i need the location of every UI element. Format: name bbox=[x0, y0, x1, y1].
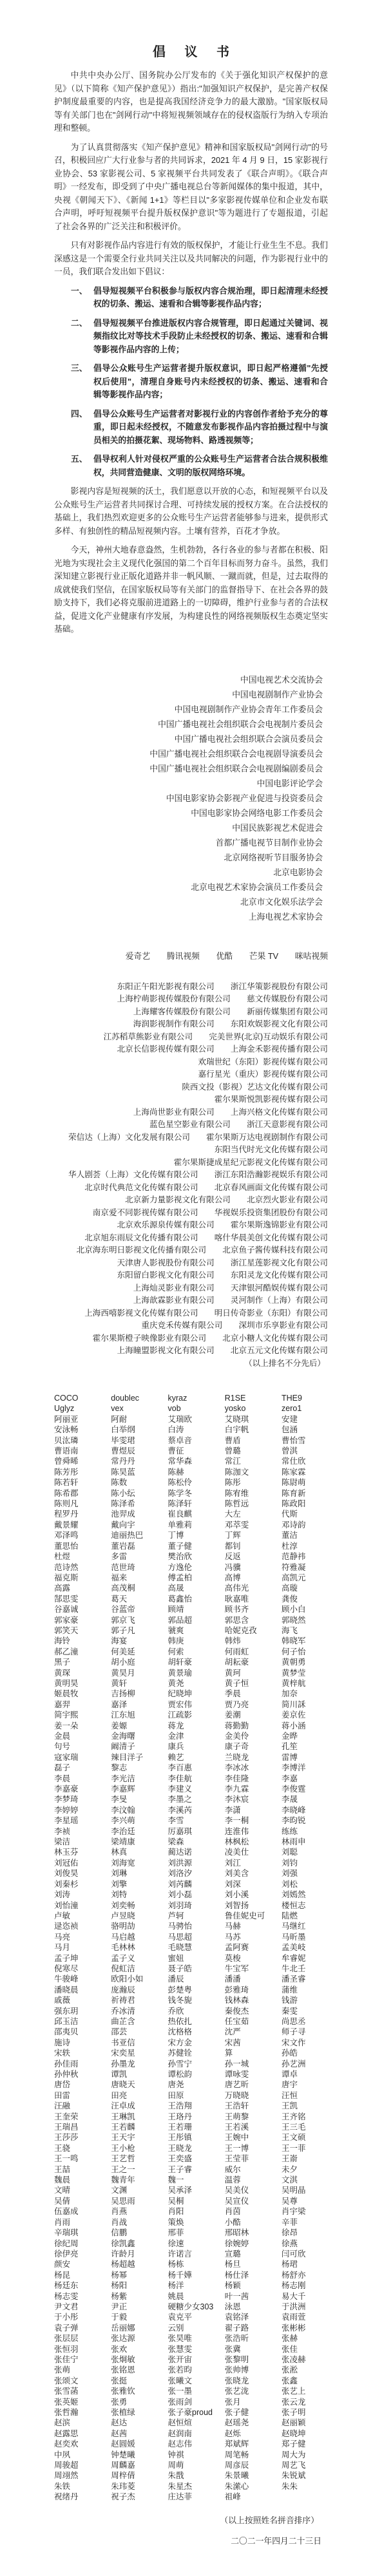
signatory-name: 陈家霖 bbox=[282, 1467, 328, 1477]
signatory-name: 蒲维 bbox=[282, 1985, 328, 1995]
document-date: 二〇二一年四月二十三日 bbox=[54, 2535, 328, 2548]
signatory-name: 朱星杰 bbox=[168, 2481, 215, 2492]
signatory-name: 宋茜 bbox=[225, 2038, 271, 2048]
signatory-name: 肖战 bbox=[111, 2217, 157, 2228]
signatory-name: 顾小白 bbox=[282, 1604, 328, 1615]
signatory-name: 谭凯 bbox=[111, 2069, 157, 2079]
signatory-name: 常华森 bbox=[168, 1456, 215, 1466]
signatory-name: 王子睿 bbox=[168, 2164, 215, 2175]
signatory-name: 乔欣 bbox=[168, 2006, 215, 2016]
signatory-name: 鲁佳妮史可 bbox=[225, 1911, 271, 1921]
signatory-name: 孙雪宁 bbox=[168, 2059, 215, 2069]
signatory-name: 王一鸣 bbox=[54, 2154, 100, 2164]
proposal-item: 五、倡导权利人针对侵权严重的公众账号生产运营者合法合规积极维权，共同营造健康、文… bbox=[54, 453, 328, 479]
signatory-name: 江东旭 bbox=[111, 1710, 157, 1720]
signatory-name: 张子明 bbox=[282, 2407, 328, 2418]
signatory-name: 尚思丞 bbox=[282, 2016, 328, 2027]
signatory-name: 黎志 bbox=[111, 1763, 157, 1773]
signatory-name: 文晴 bbox=[54, 2185, 100, 2195]
signatory-name: 黄梦莹 bbox=[282, 1668, 328, 1678]
signatory-name: 肖燕 bbox=[111, 2206, 157, 2217]
signatory-name: 王珞丹 bbox=[168, 2112, 215, 2122]
signatory-name: 王一菲 bbox=[282, 2143, 328, 2154]
signatory-name: 倪虹洁 bbox=[111, 1964, 157, 1974]
signatory-name: 曹盾 bbox=[225, 1435, 271, 1446]
signatory-name: 田亮 bbox=[111, 2090, 157, 2101]
signatory-name: 张达源 bbox=[111, 2333, 157, 2344]
signatory-name: 万晓晓 bbox=[225, 2090, 271, 2101]
signatory-name: 吉扬柳 bbox=[111, 1689, 157, 1699]
signatory-name: 张开宙 bbox=[168, 2354, 215, 2365]
proposal-text: 倡导短视频平台积极参与版权内容合规治理，即日起清理未经授权的切条、搬运、速看和合… bbox=[93, 285, 328, 311]
signatory-name: 张若昀 bbox=[168, 2365, 215, 2375]
signatory-name: 陈泽希 bbox=[111, 1499, 157, 1509]
signatory-name: 魏晨 bbox=[54, 2175, 100, 2185]
signatory-name: 马昕墨 bbox=[282, 1932, 328, 1942]
company-row: 嘉行星光（重庆）影视传媒有限公司 bbox=[54, 1068, 328, 1081]
signatory-name: 书亚信 bbox=[111, 2038, 157, 2048]
signatory-name: 李旻 bbox=[111, 1794, 157, 1804]
signatory-name: 李治廷 bbox=[111, 1826, 157, 1837]
signatory-name: 赵奕欢 bbox=[54, 2439, 100, 2449]
signatory-name: 高凯元 bbox=[282, 1573, 328, 1583]
signatory-name: 周彦辰 bbox=[225, 2460, 271, 2470]
signatory-name: 汪恒 bbox=[282, 2090, 328, 2101]
signatory-name: 王彤镇 bbox=[168, 2132, 215, 2143]
signatory-name: THE9 bbox=[282, 1393, 328, 1403]
signatory-name: 朱景曦 bbox=[225, 2470, 271, 2481]
association-item: 中国电影评论学会 bbox=[54, 776, 323, 791]
signatory-name: kyraz bbox=[168, 1393, 215, 1403]
signatory-name: 钱林森 bbox=[225, 1995, 271, 2005]
signatory-name: 王嵛 bbox=[282, 2154, 328, 2164]
signatory-name: 黄明昊 bbox=[54, 1678, 100, 1689]
association-item: 中国广播电视社会组织联合会电视剧编剧委员会 bbox=[54, 761, 323, 776]
company-row: 上海瞳盟影视文化有限公司 北京五元文化传媒有限公司 bbox=[54, 1345, 328, 1358]
signatory-name: 曲芷含 bbox=[111, 2016, 157, 2027]
signatory-name: 寇家瑞 bbox=[54, 1752, 100, 1763]
signatory-name: 张雅钦 bbox=[111, 2386, 157, 2396]
signatory-name: 陈芳彤 bbox=[54, 1467, 100, 1477]
signatory-name: 张赫 bbox=[282, 2333, 328, 2344]
signatory-name: 郭思含 bbox=[225, 1615, 271, 1625]
signatory-name: 周艺飞 bbox=[282, 2460, 328, 2470]
signatory-name: 方逸伦 bbox=[168, 1562, 215, 1573]
signatory-name: 辛菲 bbox=[282, 2217, 328, 2228]
signatory-name: 祖峰 bbox=[225, 2492, 271, 2502]
signatory-name: 阿丽亚 bbox=[54, 1414, 100, 1425]
signatory-name: 丁辉 bbox=[225, 1530, 271, 1540]
signatory-name: 张鑫 bbox=[282, 2376, 328, 2386]
signatory-name: 邓泽鸣 bbox=[54, 1530, 100, 1540]
proposal-text: 倡导公众账号生产运营者提升版权意识，即日起严格遵循"先授权后使用"，清理自身账号… bbox=[93, 362, 328, 402]
signatory-name: 陈学冬 bbox=[168, 1488, 215, 1499]
body-paragraph: 今天，神州大地春意盎然，生机勃勃，各行各业的参与者都在积极、阳光地为实现社会主义… bbox=[54, 544, 328, 636]
signatory-name: 师子寻 bbox=[282, 2027, 328, 2037]
signatory-name: 姜嫄 bbox=[111, 1721, 157, 1731]
company-signatories: 东阳正午阳光影视有限公司 浙江华策影视股份有限公司上海柠萌影视传媒股份有限公司 … bbox=[54, 981, 328, 1358]
signatory-name: 牟睿妮 bbox=[282, 1953, 328, 1964]
signatory-name: 张浩昕 bbox=[225, 2333, 271, 2344]
signatory-name: 韩晓军 bbox=[282, 1636, 328, 1646]
signatory-name: 王喆 bbox=[54, 2164, 100, 2175]
signatory-name: 顾书齐 bbox=[225, 1604, 271, 1615]
signatory-name: 肖茵 bbox=[225, 2206, 271, 2217]
signatory-name: 庞瀚辰 bbox=[111, 1985, 157, 1995]
signatory-name: 钟楚曦 bbox=[111, 2450, 157, 2460]
signatory-name: 王莎莎 bbox=[54, 2132, 100, 2143]
signatory-name: 李冰冰 bbox=[225, 1763, 271, 1773]
signatory-name: 兰晓龙 bbox=[225, 1752, 271, 1763]
signatory-name: 刘海宽 bbox=[111, 1858, 157, 1868]
signatory-name: 朱潆心 bbox=[225, 2481, 271, 2492]
signatory-name: 张勇 bbox=[111, 2397, 157, 2407]
signatory-name: 张铭恩 bbox=[111, 2365, 157, 2375]
signatory-name: 徐伊亮 bbox=[54, 2249, 100, 2259]
signatory-name: 肖阳 bbox=[168, 2206, 215, 2217]
signatory-name: 李嘉辉 bbox=[111, 1784, 157, 1794]
association-item: 中国广播电视社会组织联合会电视剧导演委员会 bbox=[54, 746, 323, 761]
signatory-name: 王三毛 bbox=[282, 2122, 328, 2132]
signatory-name: 反返 bbox=[225, 1551, 271, 1562]
company-row: 南京爱不同影视传媒有限公司 华视娱乐投资集团股份有限公司 bbox=[54, 1207, 328, 1220]
signatory-name: 李博洋 bbox=[282, 1763, 328, 1773]
signatory-name: 孙一城 bbox=[225, 2059, 271, 2069]
signatory-name: 汪卓成 bbox=[111, 2101, 157, 2111]
signatory-name: 魏青年 bbox=[111, 2175, 157, 2185]
company-row: 欢瑞世纪（东阳）影视传媒有限公司 bbox=[54, 1056, 328, 1069]
signatory-name: 张凌赫 bbox=[282, 2354, 328, 2365]
signatory-name: 高伟光 bbox=[225, 1583, 271, 1593]
signatory-name: 林雨申 bbox=[282, 1837, 328, 1847]
signatory-name: 牛北壬 bbox=[282, 1964, 328, 1974]
signatory-name: 董岩磊 bbox=[111, 1541, 157, 1551]
signatory-name: 姜京佐 bbox=[282, 1710, 328, 1720]
signatory-name: 刘俊昊 bbox=[54, 1868, 100, 1879]
signatory-name: 王晓龙 bbox=[168, 2143, 215, 2154]
signatory-name: 李婷婷 bbox=[54, 1805, 100, 1815]
signatory-name: 赵圆媛 bbox=[111, 2439, 157, 2449]
signatory-name: 赵滨 bbox=[54, 2418, 100, 2428]
signatory-name: 顾靖 bbox=[168, 1604, 215, 1615]
body-paragraph: 影视内容是短视频的沃土，我们愿意以开放的心态，和短视频平台以及公众账号生产运营者… bbox=[54, 485, 328, 538]
signatory-name: 迪丽热巴 bbox=[111, 1530, 157, 1540]
signatory-name: 李晓峰 bbox=[282, 1805, 328, 1815]
signatory-name: 张昊唯 bbox=[168, 2333, 215, 2344]
signatory-name: 唐艺昕 bbox=[225, 2079, 271, 2090]
signatory-name: 中夙 bbox=[54, 2450, 100, 2460]
company-row: 蓝色星空影业有限公司 浙江天意影视有限公司 bbox=[54, 1119, 328, 1132]
signatory-name: 骆明劼 bbox=[111, 1921, 157, 1931]
signatory-name: 金晨 bbox=[54, 1731, 100, 1741]
proposal-text: 倡导短视频平台推进版权内容合规管理，即日起通过关键词、视频指纹比对等技术手段防止… bbox=[93, 317, 328, 357]
association-item: 北京电影协会 bbox=[54, 865, 323, 880]
signatory-name: 祝子杰 bbox=[111, 2492, 157, 2502]
signatory-name: 海飞 bbox=[282, 1625, 328, 1636]
signatory-name: 潘晓晨 bbox=[54, 1985, 100, 1995]
signatory-name: 于洪洲 bbox=[282, 2302, 328, 2312]
signatory-name: 张艺上 bbox=[282, 2386, 328, 2396]
signatory-name: 张欢 bbox=[111, 2344, 157, 2354]
signatory-name: 李百惠 bbox=[168, 1763, 215, 1773]
signatory-name: 韩庚 bbox=[168, 1636, 215, 1646]
signatory-name: 袁子弹 bbox=[54, 2323, 100, 2333]
signatory-name: 海宴 bbox=[111, 1636, 157, 1646]
signatory-name: 姜一朵 bbox=[54, 1721, 100, 1731]
signatory-name: 范世琦 bbox=[111, 1562, 157, 1573]
signatory-name: 肖雨 bbox=[54, 2217, 100, 2228]
signatory-name: 金晔 bbox=[282, 1731, 328, 1741]
signatory-name: 小酷 bbox=[225, 2217, 271, 2228]
signatory-name: 杨昆 bbox=[54, 2270, 100, 2280]
signatory-name: 信鹏 bbox=[111, 2228, 157, 2238]
signatory-name: 周萌 bbox=[168, 2460, 215, 2470]
signatory-name: 王小枪 bbox=[111, 2143, 157, 2154]
signatory-name: 何美延 bbox=[111, 1647, 157, 1657]
signatory-name: 李建义 bbox=[168, 1784, 215, 1794]
signatory-name: 戴景耀 bbox=[54, 1520, 100, 1530]
signatory-name: 钱冬旎 bbox=[168, 1995, 215, 2005]
signatory-name: 冯骥 bbox=[225, 1562, 271, 1573]
signatory-name: 李嘉 bbox=[282, 1774, 328, 1784]
signatory-name: 威尔 bbox=[225, 2164, 271, 2175]
signatory-name: 王奕盛 bbox=[168, 2154, 215, 2164]
signatory-name: 徐速 bbox=[168, 2239, 215, 2249]
signatory-name: 何子怡 bbox=[282, 1647, 328, 1657]
signatory-name: 李墨之 bbox=[168, 1794, 215, 1804]
signatory-name: 黄子恒 bbox=[225, 1678, 271, 1689]
signatory-name: 陈宥维 bbox=[225, 1488, 271, 1499]
signatory-name: 王若珊 bbox=[168, 2122, 215, 2132]
company-row: 北京海东明日影视文化传播有限公司 北京鱼子酱传媒科技有限公司 bbox=[54, 1244, 328, 1257]
signatory-name: 孟美岐 bbox=[282, 1942, 328, 1953]
signatory-name: 龚俊 bbox=[282, 1594, 328, 1604]
company-row: 东阳留白影视文化有限公司 东阳灵龙文化传媒有限公司 bbox=[54, 1269, 328, 1282]
signatory-name: 邵夷贝 bbox=[54, 2027, 100, 2037]
signatory-name: 厉嘉琪 bbox=[168, 1826, 215, 1837]
signatory-name: COCO bbox=[54, 1393, 100, 1403]
signatory-name: 徐燕 bbox=[282, 2239, 328, 2249]
signatory-name: 何雨虹 bbox=[225, 1647, 271, 1657]
signatory-name: 易大千 bbox=[282, 2291, 328, 2302]
signatory-name: 杨颖 bbox=[225, 2280, 271, 2291]
signatory-name: 葛天 bbox=[111, 1594, 157, 1604]
association-item: 中国电视剧制作产业协会青年工作委员会 bbox=[54, 702, 323, 717]
signatory-name: 赵恒煊 bbox=[168, 2418, 215, 2428]
body-paragraph: 只有对影视作品内容进行有效的版权保护，才能让行业生生不息。我们深感这是一个需要全… bbox=[54, 239, 328, 279]
signatory-name: 曹煜辰 bbox=[111, 1446, 157, 1456]
signatory-name: 宋奕星 bbox=[111, 2048, 157, 2058]
signatory-name: 孙艺洲 bbox=[282, 2059, 328, 2069]
signatory-name: 郭晓然 bbox=[282, 1615, 328, 1625]
association-item: 中国广播电视社会组织联合会电视制片委员会 bbox=[54, 717, 323, 732]
signatory-name: 姚晨 bbox=[168, 2291, 215, 2302]
company-row: 上海柠萌影视传媒股份有限公司 慈文传媒股份有限公司 bbox=[54, 993, 328, 1006]
signatory-name: 陈若轩 bbox=[54, 1477, 100, 1488]
signatory-name: 马骋怡 bbox=[168, 1921, 215, 1931]
signatory-name: 葛鑫怡 bbox=[168, 1594, 215, 1604]
signatory-name: 孔笙 bbox=[282, 1741, 328, 1752]
proposal-number: 五、 bbox=[71, 453, 93, 479]
signatory-name: 郭品超 bbox=[168, 1615, 215, 1625]
company-row: 东阳当代时光文化传媒有限公司 bbox=[54, 1144, 328, 1157]
signatory-name: 徐凯鑫 bbox=[111, 2239, 157, 2249]
signatory-name: 肖宇梁 bbox=[282, 2206, 328, 2217]
signatory-name: 刘洪源 bbox=[168, 1858, 215, 1868]
signatory-name: 祝绪丹 bbox=[54, 2492, 100, 2502]
signatory-name: 颜安 bbox=[54, 2259, 100, 2269]
signatory-name: 林枫松 bbox=[225, 1837, 271, 1847]
signatory-name: 邢菲 bbox=[168, 2228, 215, 2238]
signatory-name: 强东玥 bbox=[54, 2006, 100, 2016]
proposal-item: 二、倡导短视频平台推进版权内容合规管理，即日起通过关键词、视频指纹比对等技术手段… bbox=[54, 317, 328, 357]
signatory-name: 谷嘉诚 bbox=[54, 1604, 100, 1615]
signatory-name: 苏健铨 bbox=[168, 2048, 215, 2058]
signatory-name: 郭子凡 bbox=[111, 1625, 157, 1636]
signatory-name: 赵达 bbox=[111, 2418, 157, 2428]
signatory-name: 潘圣睿 bbox=[282, 1974, 328, 1984]
signatory-name: 张挺 bbox=[111, 2376, 157, 2386]
signatory-name: 陈数 bbox=[111, 1477, 157, 1488]
signatory-name: 吴桐 bbox=[168, 2196, 215, 2206]
signatory-name: 云别 bbox=[168, 2323, 215, 2333]
signatory-name: 刘松 bbox=[282, 1879, 328, 1889]
signatory-name: 金海曙 bbox=[111, 1731, 157, 1741]
signatory-name: vob bbox=[168, 1403, 215, 1414]
signatory-name: 吴尊 bbox=[282, 2196, 328, 2206]
signatory-name: 黄昊月 bbox=[111, 1668, 157, 1678]
signatory-name: 聂子皓 bbox=[168, 1964, 215, 1974]
signatory-name: 马赫 bbox=[225, 1921, 271, 1931]
signatory-name: 张雨剑 bbox=[168, 2397, 215, 2407]
signatory-name: 唐晓天 bbox=[111, 2079, 157, 2090]
signatory-name: 张萌 bbox=[54, 2365, 100, 2375]
signatory-name: yosko bbox=[225, 1403, 271, 1414]
signatory-name: 代斯 bbox=[282, 1509, 328, 1519]
signatory-name: 蔡卓音 bbox=[168, 1435, 215, 1446]
signatory-name: 周翊然 bbox=[54, 2470, 100, 2481]
company-row: 荣信达（上海）文化发展有限公司 霍尔果斯万达电视剧制作有限公司 bbox=[54, 1132, 328, 1144]
signatory-name: 郝乙潼 bbox=[54, 1647, 100, 1657]
signatory-name: 王若溪 bbox=[225, 2122, 271, 2132]
signatory-name: 李俊霆 bbox=[282, 1784, 328, 1794]
signatory-name: 王莹菲 bbox=[225, 2154, 271, 2164]
signatory-name: 李汶翰 bbox=[111, 1805, 157, 1815]
signatory-name: 邢昭林 bbox=[225, 2228, 271, 2238]
signatory-name: 尹文君 bbox=[54, 2302, 100, 2312]
signatory-name: 姬晨牧 bbox=[54, 1689, 100, 1699]
signatory-name: 逯恣祯 bbox=[54, 1921, 100, 1931]
signatory-name: 魏一 bbox=[168, 2175, 215, 2185]
proposal-text: 倡导公众账号生产运营者对影视行业的内容创作者给予充分的尊重，即日起未经授权，不随… bbox=[93, 408, 328, 448]
proposal-number: 四、 bbox=[71, 408, 93, 448]
signatory-name: 赵露思 bbox=[54, 2429, 100, 2439]
signatory-name: 江疏影 bbox=[168, 1710, 215, 1720]
signatory-name: 郭京飞 bbox=[111, 1615, 157, 1625]
signatory-name: 高博 bbox=[225, 1573, 271, 1583]
signatory-name: 李祯 bbox=[54, 1826, 100, 1837]
company-row: 华人剧荟（上海）文化传媒有限公司 浙江东阳浩瀚影视娱乐有限公司 bbox=[54, 1169, 328, 1182]
signatory-name: 李佳航 bbox=[168, 1774, 215, 1784]
signatory-name: 马思超 bbox=[168, 1932, 215, 1942]
signatory-name: 大左 bbox=[225, 1509, 271, 1519]
signatory-name: 张颂文 bbox=[54, 2376, 100, 2386]
signatory-name: 唐岱 bbox=[54, 2079, 100, 2090]
signatory-name: 王萌黎 bbox=[225, 2112, 271, 2122]
signatory-name: 刘羽琦 bbox=[168, 1900, 215, 1911]
signatory-name: 句号 bbox=[54, 1741, 100, 1752]
signatory-name: 黄朝勇 bbox=[282, 1657, 328, 1667]
signatory-name: 孟子坤 bbox=[54, 1953, 100, 1964]
signatory-name: 孙墨龙 bbox=[111, 2059, 157, 2069]
signatory-name: 祈祷君 bbox=[111, 1995, 157, 2005]
proposal-item: 一、倡导短视频平台积极参与版权内容合规治理，即日起清理未经授权的切条、搬运、速看… bbox=[54, 285, 328, 311]
signatory-name: 宋文作 bbox=[282, 2038, 328, 2048]
signatory-name: 艾晓琪 bbox=[225, 1414, 271, 1425]
signatory-name: 张子健 bbox=[225, 2407, 271, 2418]
proposal-list: 一、倡导短视频平台积极参与版权内容合规治理，即日起清理未经授权的切条、搬运、速看… bbox=[54, 285, 328, 480]
signatory-name: 潘辰 bbox=[168, 1974, 215, 1984]
signatory-name: 虢爽 bbox=[168, 1625, 215, 1636]
signatory-name: 邓萃雯 bbox=[225, 1520, 271, 1530]
signatory-name: 黄轩 bbox=[111, 1678, 157, 1689]
signatory-name: 孟子义 bbox=[111, 1953, 157, 1964]
signatory-name: 策焕 bbox=[168, 2217, 215, 2228]
signatory-name: 戴向宇 bbox=[111, 1520, 157, 1530]
signatory-name: 李九霖 bbox=[225, 1784, 271, 1794]
signatory-name: 高晟 bbox=[168, 1583, 215, 1593]
company-row: 上海耀客传媒股份有限公司 新丽传媒集团有限公司 bbox=[54, 1006, 328, 1019]
signatory-name: 林玉芬 bbox=[54, 1847, 100, 1857]
signatory-name: vex bbox=[111, 1403, 157, 1414]
signatory-name: 凌美仕 bbox=[225, 1847, 271, 1857]
signatory-name: 王天宇 bbox=[111, 2132, 157, 2143]
signatory-name: 吴承泽 bbox=[168, 2185, 215, 2195]
signatory-name: 高露 bbox=[54, 1583, 100, 1593]
signatory-name: 邓诗韵 bbox=[282, 1520, 328, 1530]
company-row: 海润影视制作有限公司 东阳欢娱影视文化有限公司 bbox=[54, 1018, 328, 1031]
signatory-name: 曾淇 bbox=[282, 1446, 328, 1456]
signatory-name: 毕雯珺 bbox=[111, 1435, 157, 1446]
signatory-name: 文淇 bbox=[282, 2175, 328, 2185]
signatory-name: 王骁 bbox=[54, 2143, 100, 2154]
signatory-name: 刘智扬 bbox=[225, 1900, 271, 1911]
signatory-name: 辣目洋子 bbox=[111, 1752, 157, 1763]
association-item: 北京电视艺术家协会演员工作委员会 bbox=[54, 880, 323, 895]
signatory-name: 张冀 bbox=[225, 2344, 271, 2354]
signatory-name: 徐昂 bbox=[282, 2228, 328, 2238]
signatory-name: 李晨 bbox=[54, 1774, 100, 1784]
signatory-name: 连淮伟 bbox=[225, 1826, 271, 1837]
signatory-name: 吴宣仪 bbox=[225, 2196, 271, 2206]
signatory-name: 陈哲远 bbox=[225, 1499, 271, 1509]
signatory-name: 陈松伶 bbox=[168, 1477, 215, 1488]
signatory-name: 宋轶 bbox=[54, 2048, 100, 2058]
companies-order-note: （以上排名不分先后） bbox=[54, 1358, 328, 1370]
company-row: 霍尔果斯悦凯影视传媒有限公司 bbox=[54, 1094, 328, 1106]
signatory-name: 张月 bbox=[225, 2397, 271, 2407]
signatory-name: 袁铭泽 bbox=[225, 2312, 271, 2322]
signatory-name: 林真 bbox=[111, 1847, 157, 1857]
signatory-name: 黄梓航 bbox=[282, 1678, 328, 1689]
signatory-name: 李光洁 bbox=[111, 1774, 157, 1784]
signatory-name: 张云龙 bbox=[282, 2397, 328, 2407]
signatory-name: 王浩轩 bbox=[225, 2101, 271, 2111]
signatory-name: 刘特 bbox=[111, 1889, 157, 1900]
signatory-name: 杨千嬅 bbox=[168, 2270, 215, 2280]
signatory-name: 徐婉婷 bbox=[225, 2239, 271, 2249]
signatory-name: 刘琳 bbox=[111, 1868, 157, 1879]
